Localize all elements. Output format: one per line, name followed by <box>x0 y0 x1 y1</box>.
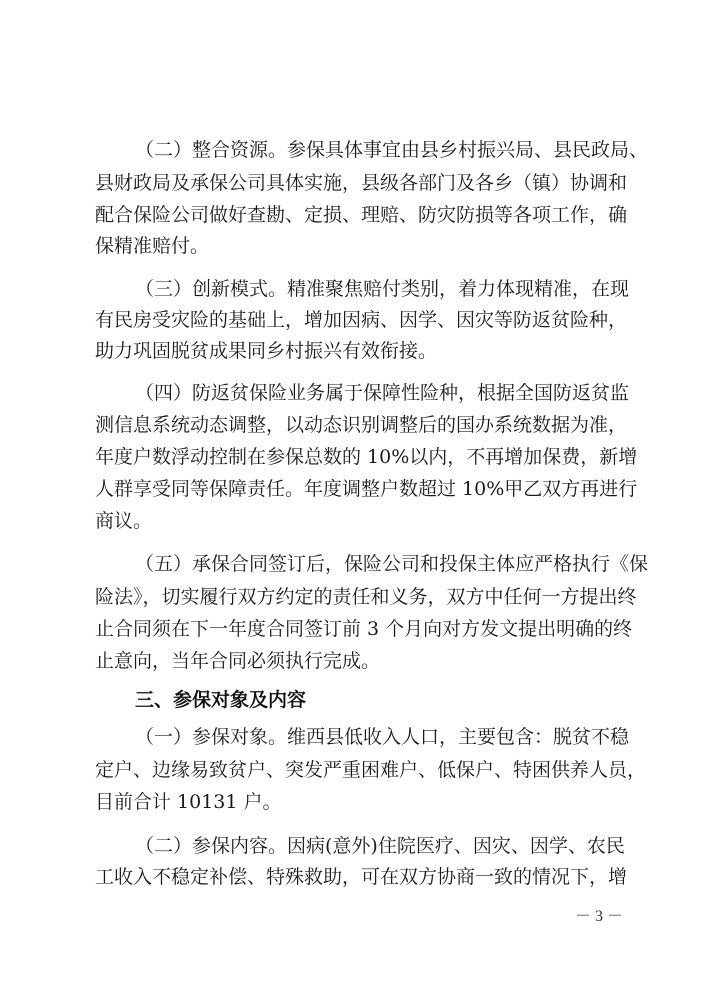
paragraph-line: 商议。 <box>95 509 620 533</box>
paragraph-line: 保精准赔付。 <box>95 234 620 258</box>
paragraph-line: 配合保险公司做好查勘、定损、理赔、防灾防损等各项工作，确 <box>95 203 620 227</box>
paragraph-line: （二）整合资源。参保具体事宜由县乡村振兴局、县民政局、 <box>135 138 620 162</box>
paragraph-line: （五）承保合同签订后，保险公司和投保主体应严格执行《保 <box>135 552 620 576</box>
paragraph-line: 险法》，切实履行双方约定的责任和义务，双方中任何一方提出终 <box>95 585 620 609</box>
paragraph-line: 测信息系统动态调整，以动态识别调整后的国办系统数据为准， <box>95 413 620 437</box>
paragraph-line: 定户、边缘易致贫户、突发严重困难户、低保户、特困供养人员， <box>95 758 620 782</box>
paragraph-line: 人群享受同等保障责任。年度调整户数超过 10%甲乙双方再进行 <box>95 477 620 501</box>
paragraph-line: 县财政局及承保公司具体实施，县级各部门及各乡（镇）协调和 <box>95 171 620 195</box>
paragraph-line: （四）防返贫保险业务属于保障性险种，根据全国防返贫监 <box>135 381 620 405</box>
section-heading: 三、参保对象及内容 <box>135 688 306 712</box>
document-page: （二）整合资源。参保具体事宜由县乡村振兴局、县民政局、 县财政局及承保公司具体实… <box>0 0 707 1000</box>
paragraph-line: 目前合计 10131 户。 <box>95 790 620 814</box>
paragraph-line: （二）参保内容。因病(意外)住院医疗、因灾、因学、农民 <box>135 834 620 858</box>
paragraph-line: 年度户数浮动控制在参保总数的 10%以内，不再增加保费，新增 <box>95 445 620 469</box>
paragraph-line: （一）参保对象。维西县低收入人口，主要包含：脱贫不稳 <box>135 725 620 749</box>
paragraph-line: 有民房受灾险的基础上，增加因病、因学、因灾等防返贫险种， <box>95 308 620 332</box>
paragraph-line: 止合同须在下一年度合同签订前 3 个月向对方发文提出明确的终 <box>95 617 620 641</box>
paragraph-line: （三）创新模式。精准聚焦赔付类别，着力体现精准，在现 <box>135 277 620 301</box>
paragraph-line: 止意向，当年合同必须执行完成。 <box>95 649 620 673</box>
page-number: － 3 － <box>575 903 623 926</box>
paragraph-line: 助力巩固脱贫成果同乡村振兴有效衔接。 <box>95 339 620 363</box>
paragraph-line: 工收入不稳定补偿、特殊救助，可在双方协商一致的情况下，增 <box>95 865 620 889</box>
